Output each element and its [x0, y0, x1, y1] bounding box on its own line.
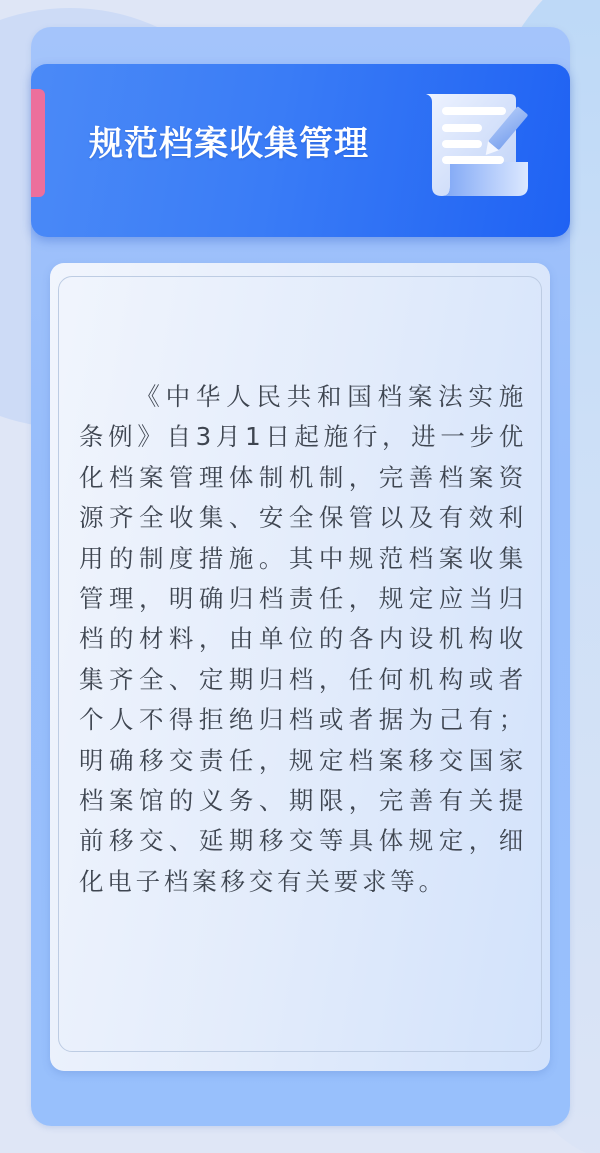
content-inner-border: 《中华人民共和国档案法实施条例》自3月1日起施行，进一步优化档案管理体制机制，完… [58, 276, 542, 1052]
document-edit-icon [420, 92, 530, 202]
page-title: 规范档案收集管理 [89, 116, 369, 165]
content-paragraph: 《中华人民共和国档案法实施条例》自3月1日起施行，进一步优化档案管理体制机制，完… [79, 377, 527, 902]
header-banner: 规范档案收集管理 [31, 64, 570, 237]
accent-bar [31, 89, 45, 197]
content-card: 《中华人民共和国档案法实施条例》自3月1日起施行，进一步优化档案管理体制机制，完… [50, 263, 550, 1071]
